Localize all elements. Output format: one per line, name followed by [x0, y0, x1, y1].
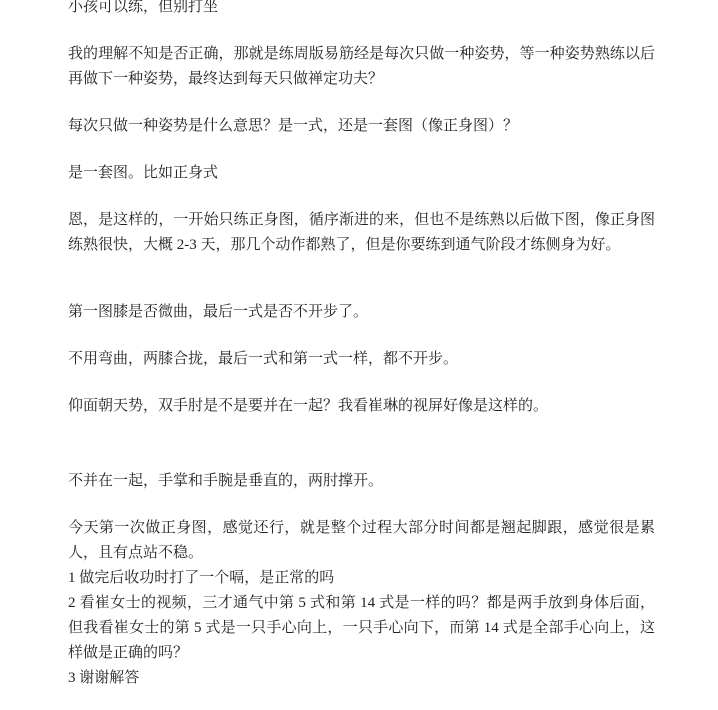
paragraph: 不并在一起，手掌和手腕是垂直的，两肘撑开。 — [68, 469, 655, 494]
paragraph: 今天第一次做正身图，感觉还行，就是整个过程大部分时间都是翘起脚跟，感觉很是累人，… — [68, 516, 655, 566]
paragraph: 每次只做一种姿势是什么意思？是一式，还是一套图（像正身图）？ — [68, 114, 655, 139]
document-page: 小孩可以练，但别打坐 我的理解不知是否正确，那就是练周版易筋经是每次只做一种姿势… — [0, 0, 718, 705]
paragraph: 小孩可以练，但别打坐 — [68, 0, 655, 20]
paragraph-group: 今天第一次做正身图，感觉还行，就是整个过程大部分时间都是翘起脚跟，感觉很是累人，… — [68, 516, 655, 691]
paragraph: 是一套图。比如正身式 — [68, 161, 655, 186]
paragraph: 仰面朝天势，双手肘是不是要并在一起？我看崔琳的视屏好像是这样的。 — [68, 394, 655, 419]
paragraph: 恩，是这样的，一开始只练正身图，循序渐进的来，但也不是练熟以后做下图，像正身图练… — [68, 208, 655, 258]
list-item: 3 谢谢解答 — [68, 666, 655, 691]
list-item: 1 做完后收功时打了一个嗝，是正常的吗 — [68, 566, 655, 591]
paragraph: 第一图膝是否微曲，最后一式是否不开步了。 — [68, 300, 655, 325]
paragraph: 我的理解不知是否正确，那就是练周版易筋经是每次只做一种姿势，等一种姿势熟练以后再… — [68, 42, 655, 92]
paragraph: 不用弯曲，两膝合拢，最后一式和第一式一样，都不开步。 — [68, 347, 655, 372]
list-item: 2 看崔女士的视频，三才通气中第 5 式和第 14 式是一样的吗？都是两手放到身… — [68, 591, 655, 666]
